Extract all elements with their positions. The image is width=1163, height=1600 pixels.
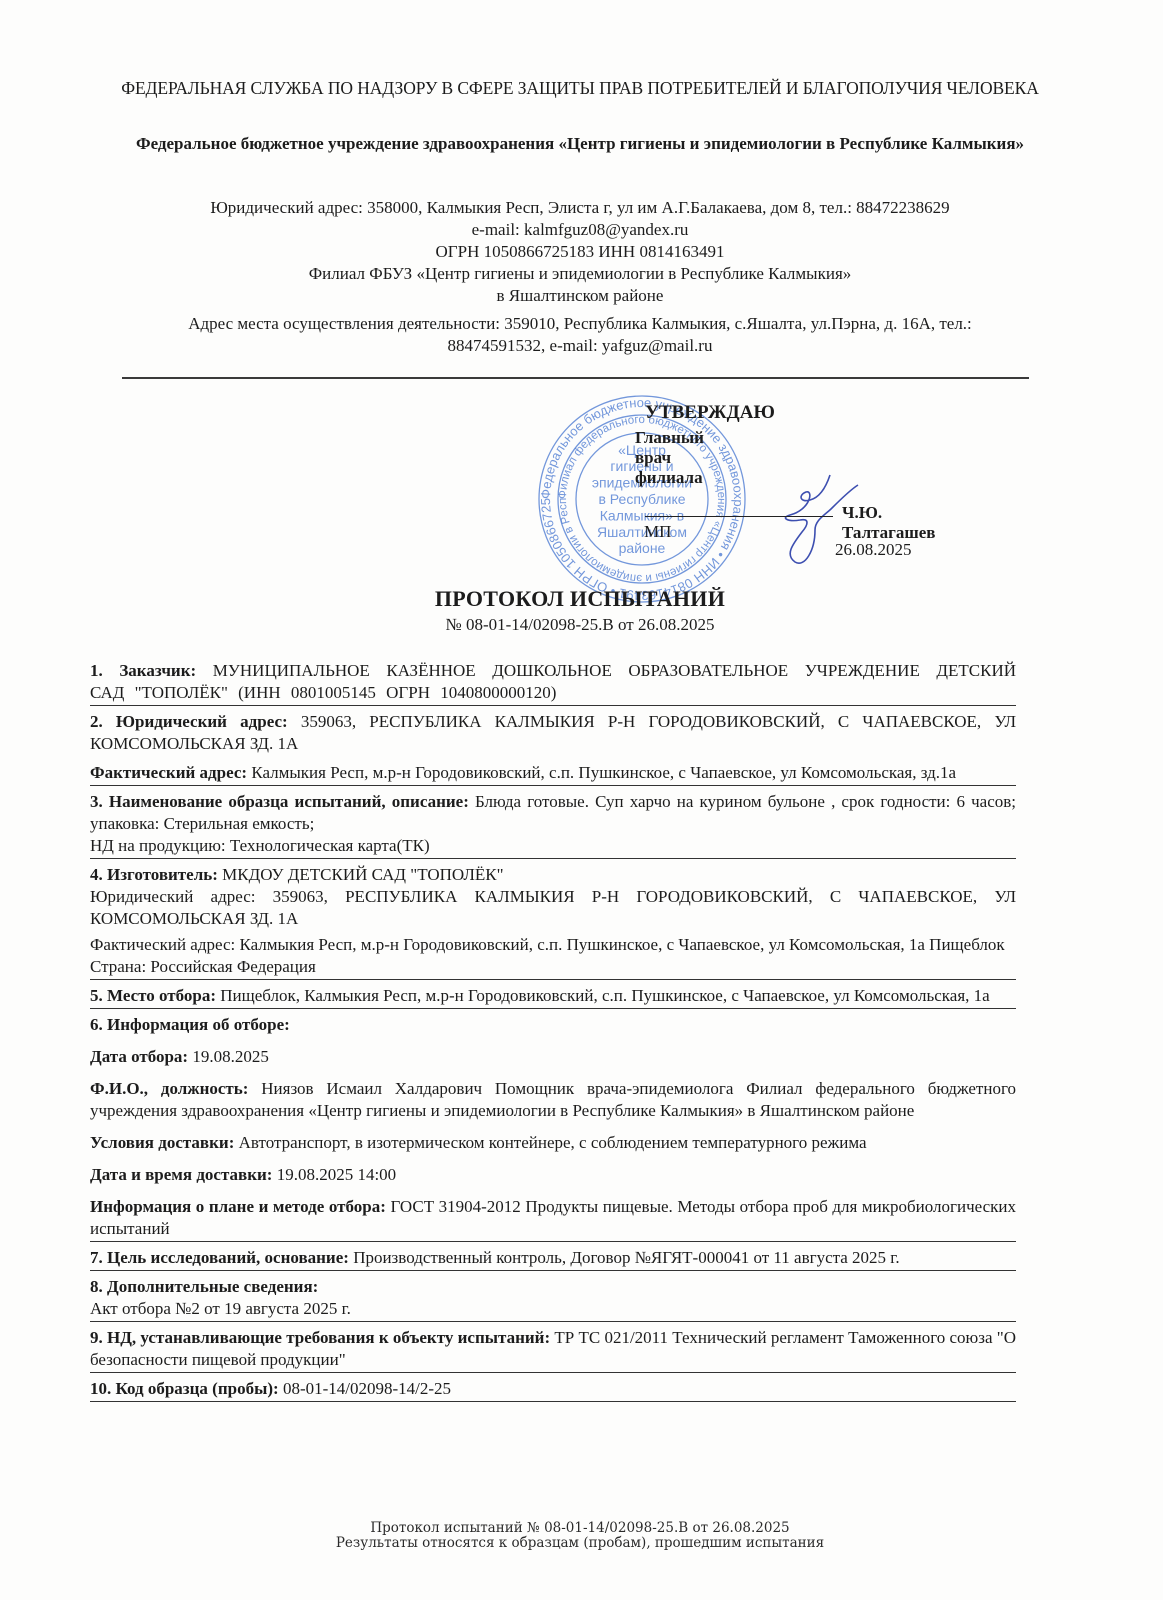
actual-address-label: Фактический адрес:: [90, 763, 247, 782]
section-sample-code: 10. Код образца (пробы): 08-01-14/02098-…: [90, 1378, 1016, 1402]
section-value: Акт отбора №2 от 19 августа 2025 г.: [90, 1298, 1016, 1320]
section-label: 10. Код образца (пробы):: [90, 1379, 279, 1398]
header-divider: [122, 377, 1029, 379]
activity-address: Адрес места осуществления деятельности: …: [140, 313, 1020, 357]
approve-label: УТВЕРЖДАЮ: [645, 402, 775, 424]
delivery-time-label: Дата и время доставки:: [90, 1165, 272, 1184]
document-page: ФЕДЕРАЛЬНАЯ СЛУЖБА ПО НАДЗОРУ В СФЕРЕ ЗА…: [0, 0, 1163, 1600]
section-customer: 1. Заказчик: МУНИЦИПАЛЬНОЕ КАЗЁННОЕ ДОШК…: [90, 660, 1016, 706]
approver-position: Главный врач филиала: [635, 428, 704, 488]
delivery-conditions-label: Условия доставки:: [90, 1133, 234, 1152]
section-label: 6. Информация об отборе:: [90, 1014, 1016, 1036]
section-manufacturer: 4. Изготовитель: МКДОУ ДЕТСКИЙ САД "ТОПО…: [90, 864, 1016, 980]
email: e-mail: kalmfguz08@yandex.ru: [100, 219, 1060, 241]
section-legal-address: 2. Юридический адрес: 359063, РЕСПУБЛИКА…: [90, 711, 1016, 786]
section-value: 08-01-14/02098-14/2-25: [283, 1379, 451, 1398]
delivery-time-value: 19.08.2025 14:00: [277, 1165, 396, 1184]
document-title: ПРОТОКОЛ ИСПЫТАНИЙ: [380, 586, 780, 612]
agency-name: ФЕДЕРАЛЬНАЯ СЛУЖБА ПО НАДЗОРУ В СФЕРЕ ЗА…: [100, 76, 1060, 100]
section-label: 1. Заказчик:: [90, 661, 196, 680]
product-nd: НД на продукцию: Технологическая карта(Т…: [90, 835, 1016, 857]
section-value: МКДОУ ДЕТСКИЙ САД "ТОПОЛЁК": [222, 865, 503, 884]
section-sampling-info: 6. Информация об отборе: Дата отбора: 19…: [90, 1014, 1016, 1242]
sampling-method-label: Информация о плане и методе отбора:: [90, 1197, 386, 1216]
svg-text:районе: районе: [619, 540, 666, 556]
page-footer: Протокол испытаний № 08-01-14/02098-25.В…: [300, 1521, 860, 1551]
sampler-label: Ф.И.О., должность:: [90, 1079, 248, 1098]
delivery-conditions-value: Автотранспорт, в изотермическом контейне…: [239, 1133, 867, 1152]
sampling-date-value: 19.08.2025: [192, 1047, 269, 1066]
section-value: МУНИЦИПАЛЬНОЕ КАЗЁННОЕ ДОШКОЛЬНОЕ ОБРАЗО…: [90, 661, 1016, 702]
official-stamp-icon: Федеральное бюджетное учреждение здравоо…: [536, 393, 748, 605]
approval-date: 26.08.2025: [835, 540, 912, 560]
protocol-sections: 1. Заказчик: МУНИЦИПАЛЬНОЕ КАЗЁННОЕ ДОШК…: [90, 660, 1016, 1407]
document-number: № 08-01-14/02098-25.В от 26.08.2025: [380, 615, 780, 635]
branch-name: Филиал ФБУЗ «Центр гигиены и эпидемиолог…: [100, 263, 1060, 285]
footer-disclaimer: Результаты относятся к образцам (пробам)…: [300, 1536, 860, 1551]
section-value: Производственный контроль, Договор №ЯГЯТ…: [353, 1248, 899, 1267]
section-label: 9. НД, устанавливающие требования к объе…: [90, 1328, 550, 1347]
section-label: 4. Изготовитель:: [90, 865, 218, 884]
actual-address-value: Калмыкия Респ, м.р-н Городовиковский, с.…: [251, 763, 956, 782]
section-sample-name: 3. Наименование образца испытаний, описа…: [90, 791, 1016, 859]
section-label: 3. Наименование образца испытаний, описа…: [90, 792, 469, 811]
organization-contacts: Юридический адрес: 358000, Калмыкия Респ…: [100, 197, 1060, 307]
manufacturer-country: Страна: Российская Федерация: [90, 956, 1016, 978]
section-sampling-place: 5. Место отбора: Пищеблок, Калмыкия Респ…: [90, 985, 1016, 1009]
ogrn-inn: ОГРН 1050866725183 ИНН 0814163491: [100, 241, 1060, 263]
branch-district: в Яшалтинском районе: [100, 285, 1060, 307]
section-label: 5. Место отбора:: [90, 986, 216, 1005]
seal-label: МП: [644, 522, 671, 542]
section-purpose: 7. Цель исследований, основание: Произво…: [90, 1247, 1016, 1271]
approver-name: Ч.Ю. Талтагашев: [842, 503, 935, 543]
section-label: 2. Юридический адрес:: [90, 712, 288, 731]
section-requirements: 9. НД, устанавливающие требования к объе…: [90, 1327, 1016, 1373]
manufacturer-actual-address: Фактический адрес: Калмыкия Респ, м.р-н …: [90, 934, 1016, 956]
section-additional-info: 8. Дополнительные сведения: Акт отбора №…: [90, 1276, 1016, 1322]
legal-address: Юридический адрес: 358000, Калмыкия Респ…: [100, 197, 1060, 219]
section-value: Пищеблок, Калмыкия Респ, м.р-н Городовик…: [220, 986, 989, 1005]
organization-name: Федеральное бюджетное учреждение здравоо…: [100, 132, 1060, 156]
sampling-date-label: Дата отбора:: [90, 1047, 188, 1066]
section-label: 7. Цель исследований, основание:: [90, 1248, 349, 1267]
manufacturer-legal-address: Юридический адрес: 359063, РЕСПУБЛИКА КА…: [90, 886, 1016, 930]
footer-protocol-ref: Протокол испытаний № 08-01-14/02098-25.В…: [300, 1521, 860, 1536]
section-label: 8. Дополнительные сведения:: [90, 1276, 1016, 1298]
signature-line: [645, 516, 833, 517]
svg-text:в Республике: в Республике: [598, 491, 685, 507]
svg-text:Яшалтинском: Яшалтинском: [597, 524, 687, 540]
